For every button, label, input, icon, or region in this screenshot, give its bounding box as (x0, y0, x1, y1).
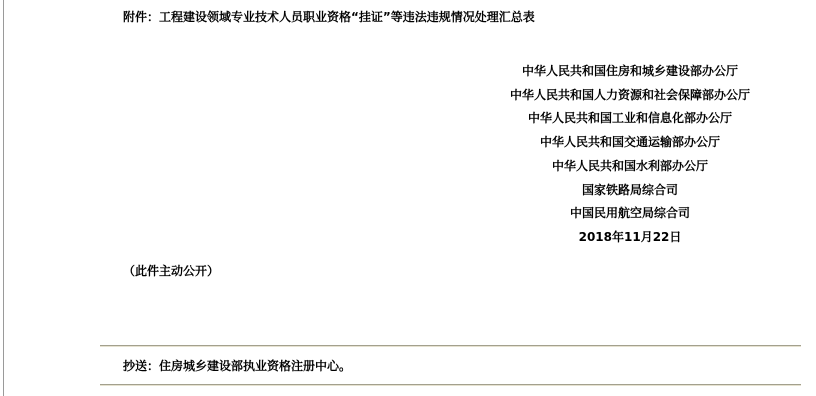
page-left-border (3, 0, 4, 396)
divider-top (100, 345, 801, 347)
signature-block: 中华人民共和国住房和城乡建设部办公厅 中华人民共和国人力资源和社会保障部办公厅 … (460, 60, 800, 250)
signatory-line: 中华人民共和国交通运输部办公厅 (460, 131, 800, 155)
cc-line: 抄送：住房城乡建设部执业资格注册中心。 (123, 359, 351, 373)
signatory-line: 中华人民共和国工业和信息化部办公厅 (460, 107, 800, 131)
disclosure-note: （此件主动公开） (123, 264, 219, 278)
signatory-line: 中华人民共和国水利部办公厅 (460, 155, 800, 179)
signatory-line: 中国民用航空局综合司 (460, 202, 800, 226)
signatory-line: 中华人民共和国人力资源和社会保障部办公厅 (460, 84, 800, 108)
signatory-line: 国家铁路局综合司 (460, 179, 800, 203)
document-page: 附件：工程建设领域专业技术人员职业资格“挂证”等违法违规情况处理汇总表 中华人民… (0, 0, 816, 396)
divider-bottom (100, 384, 801, 386)
signatory-line: 中华人民共和国住房和城乡建设部办公厅 (460, 60, 800, 84)
document-date: 2018年11月22日 (460, 226, 800, 250)
attachment-title: 附件：工程建设领域专业技术人员职业资格“挂证”等违法违规情况处理汇总表 (123, 10, 535, 24)
